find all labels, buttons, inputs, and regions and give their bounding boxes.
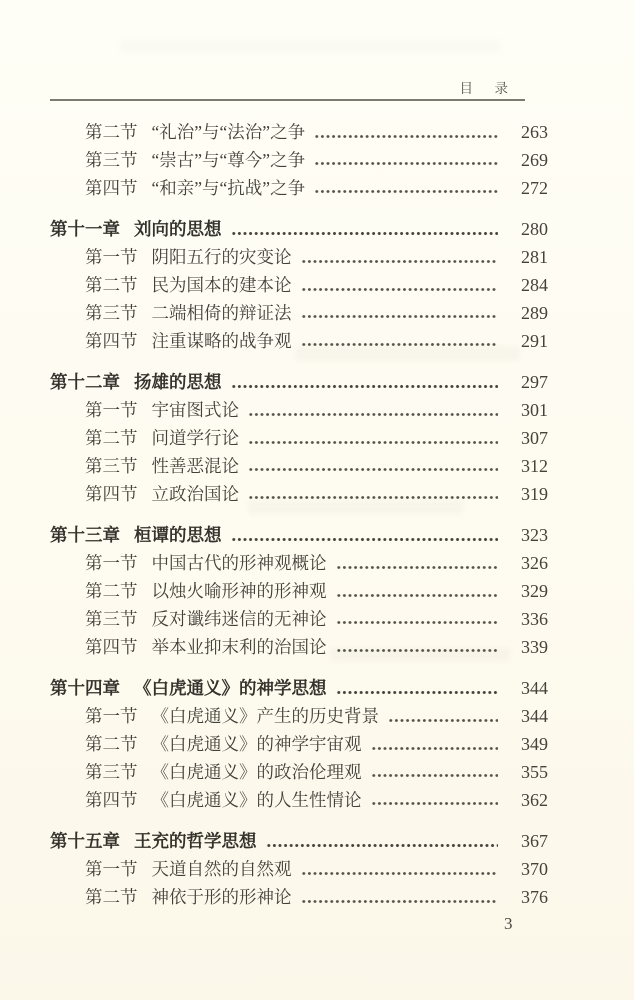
section-label: 第二节 xyxy=(85,272,138,300)
dot-leader xyxy=(336,649,499,653)
chapter-title: 刘向的思想 xyxy=(134,216,222,244)
dot-leader xyxy=(301,287,499,291)
section-label: 第一节 xyxy=(85,856,138,884)
section-page-number: 376 xyxy=(510,884,548,912)
dot-leader xyxy=(248,413,498,417)
section-label: 第四节 xyxy=(85,328,138,356)
section-page-number: 344 xyxy=(510,703,548,731)
section-label: 第二节 xyxy=(85,425,138,453)
chapter-label: 第十三章 xyxy=(50,522,120,550)
dot-leader xyxy=(314,190,498,194)
section-label: 第二节 xyxy=(85,119,138,147)
section-page-number: 339 xyxy=(510,634,548,662)
section-title: 注重谋略的战争观 xyxy=(152,328,292,356)
chapter-page-number: 280 xyxy=(510,216,548,244)
dot-leader xyxy=(301,315,499,319)
section-page-number: 269 xyxy=(510,147,548,175)
section-page-number: 301 xyxy=(510,397,548,425)
section-page-number: 370 xyxy=(510,856,548,884)
dot-leader xyxy=(248,496,498,500)
dot-leader xyxy=(371,774,499,778)
toc-group: 第十三章桓谭的思想323第一节中国古代的形神观概论326第二节以烛火喻形神的形神… xyxy=(50,522,548,661)
section-title: “和亲”与“抗战”之争 xyxy=(152,175,306,203)
section-title: 举本业抑末利的治国论 xyxy=(152,634,327,662)
dot-leader xyxy=(336,593,499,597)
section-title: 神依于形的形神论 xyxy=(152,884,292,912)
section-label: 第四节 xyxy=(85,481,138,509)
toc-chapter-row: 第十五章王充的哲学思想367 xyxy=(50,828,548,856)
section-label: 第一节 xyxy=(85,397,138,425)
section-page-number: 362 xyxy=(510,787,548,815)
toc-section-row: 第一节宇宙图式论301 xyxy=(50,397,548,425)
toc-section-row: 第四节《白虎通义》的人生性情论362 xyxy=(50,787,548,815)
section-title: “崇古”与“尊今”之争 xyxy=(152,147,306,175)
section-label: 第二节 xyxy=(85,731,138,759)
dot-leader xyxy=(314,134,498,138)
toc-section-row: 第四节“和亲”与“抗战”之争272 xyxy=(50,175,548,203)
section-label: 第四节 xyxy=(85,175,138,203)
section-title: 中国古代的形神观概论 xyxy=(152,550,327,578)
toc-section-row: 第一节阴阳五行的灾变论281 xyxy=(50,244,548,272)
dot-leader xyxy=(231,538,499,542)
section-title: 《白虎通义》的人生性情论 xyxy=(152,787,362,815)
chapter-title: 《白虎通义》的神学思想 xyxy=(134,675,327,703)
chapter-label: 第十四章 xyxy=(50,675,120,703)
section-title: 问道学行论 xyxy=(152,425,240,453)
toc-section-row: 第二节民为国本的建本论284 xyxy=(50,272,548,300)
section-title: 《白虎通义》的神学宇宙观 xyxy=(152,731,362,759)
section-page-number: 289 xyxy=(510,300,548,328)
toc-section-row: 第三节二端相倚的辩证法289 xyxy=(50,300,548,328)
section-label: 第二节 xyxy=(85,884,138,912)
section-page-number: 355 xyxy=(510,759,548,787)
section-title: 天道自然的自然观 xyxy=(152,856,292,884)
bleed-through-ghost xyxy=(120,40,500,52)
dot-leader xyxy=(388,719,498,723)
running-head-rule xyxy=(50,99,525,101)
dot-leader xyxy=(336,621,499,625)
toc-chapter-row: 第十一章刘向的思想280 xyxy=(50,216,548,244)
section-title: “礼治”与“法治”之争 xyxy=(152,119,306,147)
dot-leader xyxy=(336,566,499,570)
section-page-number: 291 xyxy=(510,328,548,356)
section-page-number: 312 xyxy=(510,453,548,481)
toc-section-row: 第二节问道学行论307 xyxy=(50,425,548,453)
dot-leader xyxy=(336,691,499,695)
dot-leader xyxy=(301,343,499,347)
toc-section-row: 第二节《白虎通义》的神学宇宙观349 xyxy=(50,731,548,759)
section-title: 二端相倚的辩证法 xyxy=(152,300,292,328)
toc-group: 第十一章刘向的思想280第一节阴阳五行的灾变论281第二节民为国本的建本论284… xyxy=(50,216,548,355)
book-page: 目 录 第二节“礼治”与“法治”之争263第三节“崇古”与“尊今”之争269第四… xyxy=(0,0,634,1000)
section-page-number: 281 xyxy=(510,244,548,272)
section-page-number: 319 xyxy=(510,481,548,509)
chapter-label: 第十二章 xyxy=(50,369,120,397)
toc-group: 第十五章王充的哲学思想367第一节天道自然的自然观370第二节神依于形的形神论3… xyxy=(50,828,548,911)
toc-section-row: 第一节天道自然的自然观370 xyxy=(50,856,548,884)
toc-chapter-row: 第十四章《白虎通义》的神学思想344 xyxy=(50,675,548,703)
toc-section-row: 第三节《白虎通义》的政治伦理观355 xyxy=(50,759,548,787)
toc-section-row: 第二节“礼治”与“法治”之争263 xyxy=(50,119,548,147)
section-page-number: 349 xyxy=(510,731,548,759)
toc-section-row: 第二节以烛火喻形神的形神观329 xyxy=(50,578,548,606)
section-title: 立政治国论 xyxy=(152,481,240,509)
section-title: 阴阳五行的灾变论 xyxy=(152,244,292,272)
toc-section-row: 第四节立政治国论319 xyxy=(50,481,548,509)
chapter-label: 第十一章 xyxy=(50,216,120,244)
section-label: 第一节 xyxy=(85,703,138,731)
dot-leader xyxy=(248,440,498,444)
toc-chapter-row: 第十三章桓谭的思想323 xyxy=(50,522,548,550)
toc-section-row: 第四节注重谋略的战争观291 xyxy=(50,328,548,356)
page-number: 3 xyxy=(504,914,513,934)
toc-section-row: 第一节《白虎通义》产生的历史背景344 xyxy=(50,703,548,731)
section-label: 第四节 xyxy=(85,787,138,815)
section-label: 第三节 xyxy=(85,453,138,481)
section-page-number: 329 xyxy=(510,578,548,606)
section-title: 民为国本的建本论 xyxy=(152,272,292,300)
section-label: 第三节 xyxy=(85,606,138,634)
running-head-title: 目 录 xyxy=(460,77,513,97)
chapter-page-number: 297 xyxy=(510,369,548,397)
chapter-page-number: 344 xyxy=(510,675,548,703)
section-title: 性善恶混论 xyxy=(152,453,240,481)
section-page-number: 326 xyxy=(510,550,548,578)
toc-group: 第十二章扬雄的思想297第一节宇宙图式论301第二节问道学行论307第三节性善恶… xyxy=(50,369,548,508)
toc-section-row: 第三节性善恶混论312 xyxy=(50,453,548,481)
dot-leader xyxy=(266,844,499,848)
section-page-number: 307 xyxy=(510,425,548,453)
toc-section-row: 第一节中国古代的形神观概论326 xyxy=(50,550,548,578)
dot-leader xyxy=(231,232,499,236)
section-page-number: 336 xyxy=(510,606,548,634)
section-title: 反对谶纬迷信的无神论 xyxy=(152,606,327,634)
chapter-title: 扬雄的思想 xyxy=(134,369,222,397)
dot-leader xyxy=(301,899,499,903)
dot-leader xyxy=(371,802,499,806)
toc-chapter-row: 第十二章扬雄的思想297 xyxy=(50,369,548,397)
dot-leader xyxy=(314,162,498,166)
section-page-number: 263 xyxy=(510,119,548,147)
section-label: 第一节 xyxy=(85,244,138,272)
section-label: 第三节 xyxy=(85,147,138,175)
section-label: 第一节 xyxy=(85,550,138,578)
section-page-number: 272 xyxy=(510,175,548,203)
section-title: 宇宙图式论 xyxy=(152,397,240,425)
section-label: 第三节 xyxy=(85,300,138,328)
section-page-number: 284 xyxy=(510,272,548,300)
chapter-title: 王充的哲学思想 xyxy=(134,828,257,856)
chapter-title: 桓谭的思想 xyxy=(134,522,222,550)
chapter-page-number: 367 xyxy=(510,828,548,856)
chapter-page-number: 323 xyxy=(510,522,548,550)
section-label: 第四节 xyxy=(85,634,138,662)
toc-group: 第十四章《白虎通义》的神学思想344第一节《白虎通义》产生的历史背景344第二节… xyxy=(50,675,548,814)
toc-list: 第二节“礼治”与“法治”之争263第三节“崇古”与“尊今”之争269第四节“和亲… xyxy=(50,119,548,912)
dot-leader xyxy=(371,746,499,750)
toc-section-row: 第三节反对谶纬迷信的无神论336 xyxy=(50,606,548,634)
dot-leader xyxy=(301,260,499,264)
chapter-label: 第十五章 xyxy=(50,828,120,856)
toc-section-row: 第四节举本业抑末利的治国论339 xyxy=(50,634,548,662)
toc-section-row: 第三节“崇古”与“尊今”之争269 xyxy=(50,147,548,175)
toc-group: 第二节“礼治”与“法治”之争263第三节“崇古”与“尊今”之争269第四节“和亲… xyxy=(50,119,548,202)
section-title: 《白虎通义》产生的历史背景 xyxy=(152,703,380,731)
dot-leader xyxy=(248,468,498,472)
section-label: 第二节 xyxy=(85,578,138,606)
section-title: 以烛火喻形神的形神观 xyxy=(152,578,327,606)
dot-leader xyxy=(301,872,499,876)
toc-section-row: 第二节神依于形的形神论376 xyxy=(50,884,548,912)
section-label: 第三节 xyxy=(85,759,138,787)
dot-leader xyxy=(231,385,499,389)
section-title: 《白虎通义》的政治伦理观 xyxy=(152,759,362,787)
